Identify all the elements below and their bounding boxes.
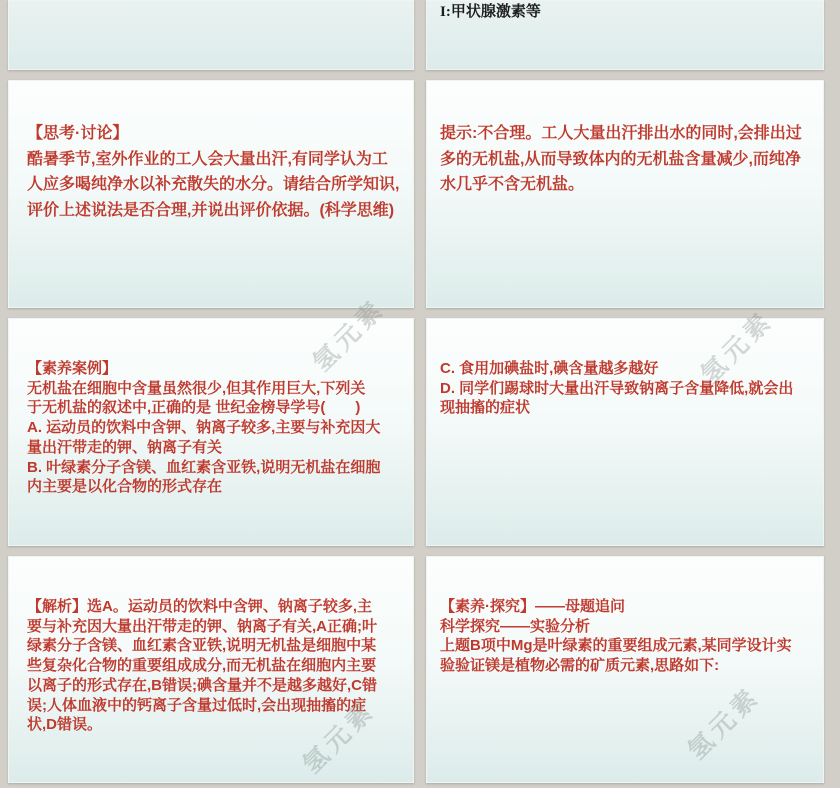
slide-text-line: 量出汗带走的钾、钠离子有关 xyxy=(27,438,399,458)
slide-text-line: C. 食用加碘盐时,碘含量越多越好 xyxy=(440,359,811,379)
slide-text-line: D. 同学们踢球时大量出汗导致钠离子含量降低,就会出 xyxy=(440,379,811,399)
slide-sorter-grid: I:甲状腺激素等 【思考·讨论】 酷暑季节,室外作业的工人会大量出汗,有同学认为… xyxy=(8,0,824,783)
slide-text-line: 以离子的形式存在,B错误;碘含量并不是越多越好,C错 xyxy=(27,676,399,696)
slide-text-line: 状,D错误。 xyxy=(27,715,399,735)
slide-thumbnail-7[interactable]: 【解析】选A。运动员的饮料中含钾、钠离子较多,主 要与补充因大量出汗带走的钾、钠… xyxy=(8,556,414,783)
slide-title: 【解析】选A。运动员的饮料中含钾、钠离子较多,主 xyxy=(27,597,399,617)
slide-title: 【思考·讨论】 xyxy=(27,121,399,147)
slide-title: 【素养案例】 xyxy=(27,359,399,379)
slide-thumbnail-4[interactable]: 提示:不合理。工人大量出汗排出水的同时,会排出过 多的无机盐,从而导致体内的无机… xyxy=(426,80,824,308)
slide-text-line: 多的无机盐,从而导致体内的无机盐含量减少,而纯净 xyxy=(440,147,811,173)
slide-thumbnail-2[interactable]: I:甲状腺激素等 xyxy=(426,0,824,70)
slide-text-line: 误;人体血液中的钙离子含量过低时,会出现抽搐的症 xyxy=(27,696,399,716)
slide-text-line: 内主要是以化合物的形式存在 xyxy=(27,477,399,497)
slide-text-line: 提示:不合理。工人大量出汗排出水的同时,会排出过 xyxy=(440,121,811,147)
slide-text-line: 无机盐在细胞中含量虽然很少,但其作用巨大,下列关 xyxy=(27,379,399,399)
slide-thumbnail-1[interactable] xyxy=(8,0,414,70)
slide-title: 【素养·探究】——母题追问 xyxy=(440,597,811,617)
slide-text-line: B. 叶绿素分子含镁、血红素含亚铁,说明无机盐在细胞 xyxy=(27,458,399,478)
slide-thumbnail-8[interactable]: 【素养·探究】——母题追问 科学探究——实验分析 上题B项中Mg是叶绿素的重要组… xyxy=(426,556,824,783)
slide-text-line: 酷暑季节,室外作业的工人会大量出汗,有同学认为工 xyxy=(27,147,399,173)
slide-thumbnail-5[interactable]: 【素养案例】 无机盐在细胞中含量虽然很少,但其作用巨大,下列关 于无机盐的叙述中… xyxy=(8,318,414,546)
slide-text-line: 验验证镁是植物必需的矿质元素,思路如下: xyxy=(440,656,811,676)
slide-text-line: I:甲状腺激素等 xyxy=(440,2,815,22)
slide-text-line: 现抽搐的症状 xyxy=(440,398,811,418)
slide-text-line: 要与补充因大量出汗带走的钾、钠离子有关,A正确;叶 xyxy=(27,617,399,637)
slide-thumbnail-6[interactable]: C. 食用加碘盐时,碘含量越多越好 D. 同学们踢球时大量出汗导致钠离子含量降低… xyxy=(426,318,824,546)
slide-text-line: 上题B项中Mg是叶绿素的重要组成元素,某同学设计实 xyxy=(440,636,811,656)
slide-text-line: 人应多喝纯净水以补充散失的水分。请结合所学知识, xyxy=(27,172,399,198)
slide-text-line: 些复杂化合物的重要组成成分,而无机盐在细胞内主要 xyxy=(27,656,399,676)
slide-text-line: 评价上述说法是否合理,并说出评价依据。(科学思维) xyxy=(27,198,399,224)
slide-text-line: 于无机盐的叙述中,正确的是 世纪金榜导学号( ) xyxy=(27,398,399,418)
slide-text-line: 水几乎不含无机盐。 xyxy=(440,172,811,198)
slide-text-line: 科学探究——实验分析 xyxy=(440,617,811,637)
slide-text-line: 绿素分子含镁、血红素含亚铁,说明无机盐是细胞中某 xyxy=(27,636,399,656)
slide-thumbnail-3[interactable]: 【思考·讨论】 酷暑季节,室外作业的工人会大量出汗,有同学认为工 人应多喝纯净水… xyxy=(8,80,414,308)
slide-text-line: A. 运动员的饮料中含钾、钠离子较多,主要与补充因大 xyxy=(27,418,399,438)
